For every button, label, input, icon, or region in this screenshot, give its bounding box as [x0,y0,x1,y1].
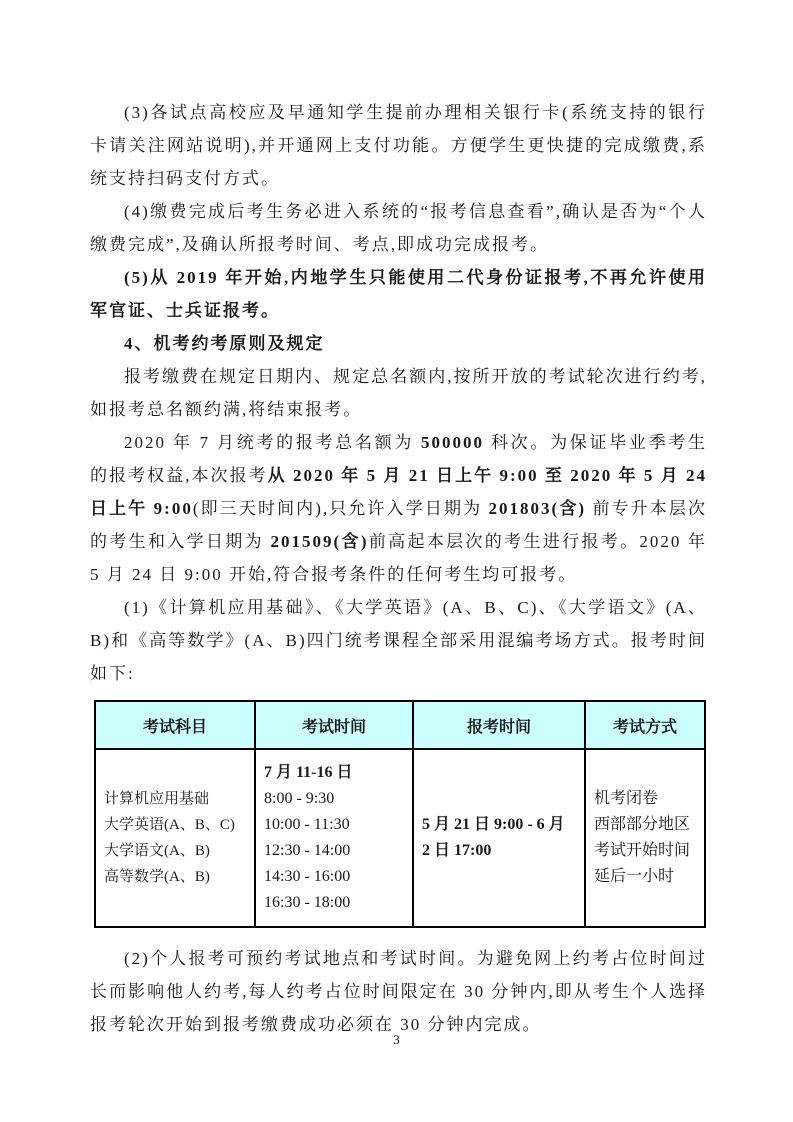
table-row: 计算机应用基础 大学英语(A、B、C) 大学语文(A、B) 高等数学(A、B) … [95,749,705,927]
subject-item: 大学英语(A、B、C) [104,812,246,838]
header-exam-subject: 考试科目 [95,701,255,749]
exam-mode-cell: 机考闭卷 西部部分地区考试开始时间延后一小时 [585,749,705,927]
text-run: 2020 年 7 月统考的报考总名额为 [124,433,421,452]
exam-time-slot: 8:00 - 9:30 [264,786,404,812]
paragraph-quota: 2020 年 7 月统考的报考总名额为 500000 科次。为保证毕业季考生的报… [90,426,707,591]
text-run: (即三天时间内),只允许入学日期为 [193,499,489,518]
exam-subjects-cell: 计算机应用基础 大学英语(A、B、C) 大学语文(A、B) 高等数学(A、B) [95,749,255,927]
header-exam-mode: 考试方式 [585,701,705,749]
exam-time-slot: 14:30 - 16:00 [264,864,404,890]
text-run-bold: 500000 [421,433,484,452]
exam-time-slot: 16:30 - 18:00 [264,890,404,916]
paragraph-booking-rule: 报考缴费在规定日期内、规定总名额内,按所开放的考试轮次进行约考,如报考总名额约满… [90,360,707,426]
exam-time-slot: 12:30 - 14:00 [264,838,404,864]
document-page: (3)各试点高校应及早通知学生提前办理相关银行卡(系统支持的银行卡请关注网站说明… [0,0,793,1122]
table-header-row: 考试科目 考试时间 报考时间 考试方式 [95,701,705,749]
header-exam-time: 考试时间 [255,701,413,749]
register-time-cell: 5 月 21 日 9:00 - 6 月 2 日 17:00 [413,749,585,927]
paragraph-booking: (2)个人报考可预约考试地点和考试时间。为避免网上约考占位时间过长而影响他人约考… [90,942,707,1041]
page-number: 3 [0,1032,793,1048]
paragraph-courses: (1)《计算机应用基础》、《大学英语》(A、B、C)、《大学语文》(A、B)和《… [90,591,707,690]
exam-mode-line: 机考闭卷 [594,786,696,812]
section-heading-4: 4、机考约考原则及规定 [90,327,707,360]
paragraph-item-3: (3)各试点高校应及早通知学生提前办理相关银行卡(系统支持的银行卡请关注网站说明… [90,96,707,195]
exam-schedule-table: 考试科目 考试时间 报考时间 考试方式 计算机应用基础 大学英语(A、B、C) … [94,700,706,928]
paragraph-item-5: (5)从 2019 年开始,内地学生只能使用二代身份证报考,不再允许使用军官证、… [90,261,707,327]
text-run-bold: 201509(含) [271,532,369,551]
text-run-bold: 201803(含) [489,499,587,518]
exam-time-slot: 10:00 - 11:30 [264,812,404,838]
subject-item: 大学语文(A、B) [104,838,246,864]
header-register-time: 报考时间 [413,701,585,749]
paragraph-item-4: (4)缴费完成后考生务必进入系统的“报考信息查看”,确认是否为“个人缴费完成”,… [90,195,707,261]
document-content: (3)各试点高校应及早通知学生提前办理相关银行卡(系统支持的银行卡请关注网站说明… [0,0,793,1041]
subject-item: 计算机应用基础 [104,786,246,812]
subject-item: 高等数学(A、B) [104,864,246,890]
exam-mode-line: 西部部分地区考试开始时间延后一小时 [594,812,696,890]
exam-date: 7 月 11-16 日 [264,760,404,786]
exam-times-cell: 7 月 11-16 日 8:00 - 9:30 10:00 - 11:30 12… [255,749,413,927]
